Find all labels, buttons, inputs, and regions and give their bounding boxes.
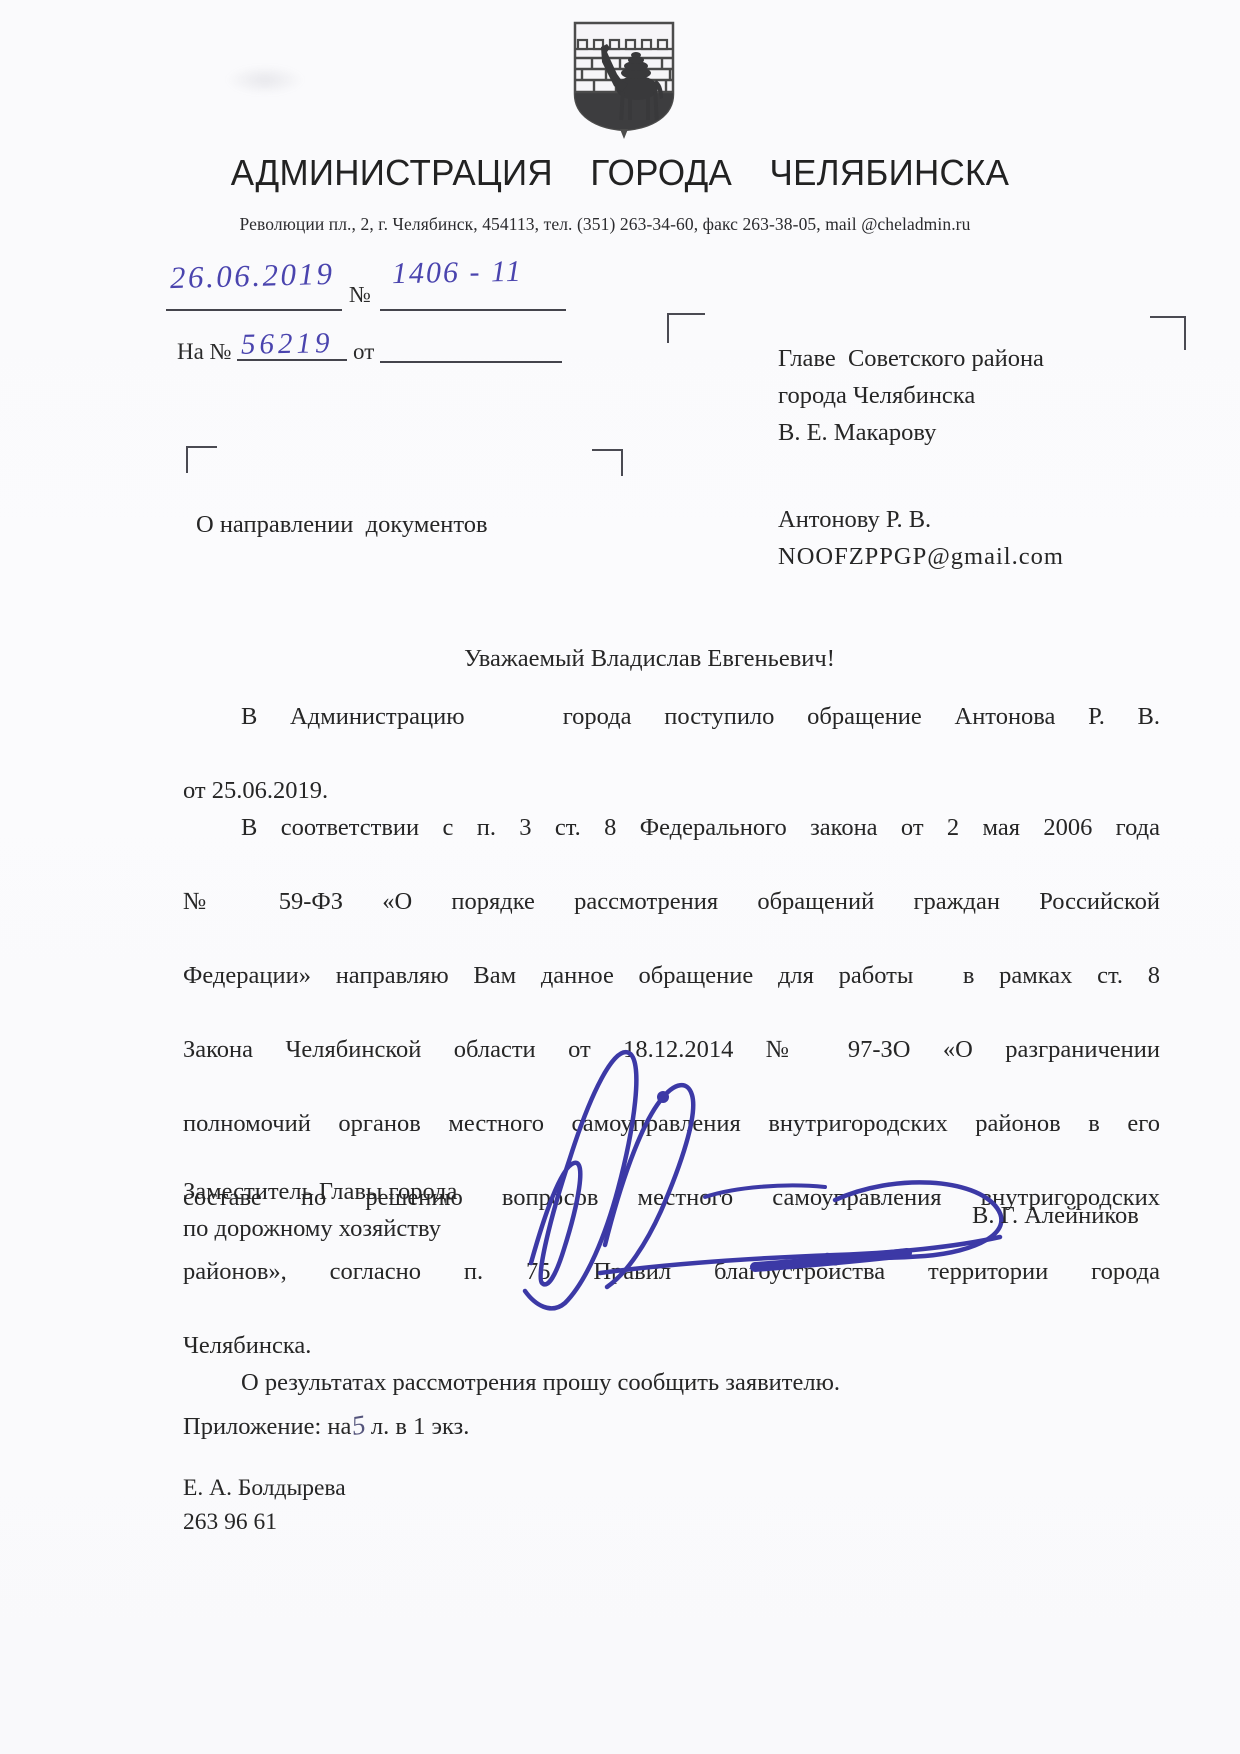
date-underline: [166, 309, 342, 311]
executor-name: Е. А. Болдырева: [183, 1471, 346, 1505]
addressee-name: Антонову Р. В.: [778, 501, 1064, 538]
pen-signature-icon: [455, 1015, 1025, 1315]
paragraph-3: О результатах рассмотрения прошу сообщит…: [183, 1364, 1160, 1401]
body-line: В Администрацию города поступило обращен…: [183, 698, 1160, 772]
corner-mark-subject-right: [592, 449, 623, 476]
recipient-line: города Челябинска: [778, 377, 1044, 414]
org-address-line: Революции пл., 2, г. Челябинск, 454113, …: [0, 214, 1210, 235]
reply-from-label: от: [353, 339, 374, 365]
signer-role-line: Заместитель Главы города: [183, 1173, 457, 1210]
coat-of-arms-svg: [570, 18, 678, 140]
executor-block: Е. А. Болдырева 263 96 61: [183, 1471, 346, 1539]
reply-number-underline: [237, 359, 347, 361]
recipient-line: Главе Советского района: [778, 340, 1044, 377]
signer-name: В. Г. Алейников: [972, 1202, 1139, 1230]
coat-of-arms-icon: [570, 18, 678, 140]
corner-mark-recipient-left: [667, 313, 705, 343]
corner-mark-recipient-right: [1150, 316, 1186, 350]
paragraph-1: В Администрацию города поступило обращен…: [183, 698, 1160, 809]
number-underline: [380, 309, 566, 311]
attachment-sheet-count-handwritten: 5: [350, 1406, 369, 1445]
recipient-block: Главе Советского района города Челябинск…: [778, 340, 1044, 451]
attachment-suffix: л. в 1 экз.: [371, 1413, 469, 1440]
addressee-email: NOOFZPPGP@gmail.com: [778, 538, 1064, 575]
recipient-line: В. Е. Макарову: [778, 414, 1044, 451]
salutation-line: Уважаемый Владислав Евгеньевич!: [183, 640, 1160, 677]
outgoing-date-handwritten: 26.06.2019: [170, 256, 335, 296]
body-line: Челябинска.: [183, 1327, 1160, 1364]
signer-role-line: по дорожному хозяйству: [183, 1210, 457, 1247]
body-line: В соответствии с п. 3 ст. 8 Федерального…: [183, 809, 1160, 883]
attachment-line: Приложение: на5л. в 1 экз.: [183, 1407, 1160, 1445]
second-addressee-block: Антонову Р. В. NOOFZPPGP@gmail.com: [778, 501, 1064, 575]
org-name-title: АДМИНИСТРАЦИЯ ГОРОДА ЧЕЛЯБИНСКА: [26, 152, 1213, 194]
attachment-prefix: Приложение: на: [183, 1413, 351, 1440]
reply-date-underline: [380, 361, 562, 363]
outgoing-number-handwritten: 1406 - 11: [392, 255, 523, 291]
scan-smudge: [225, 65, 305, 95]
scanned-letter-page: { "letterhead": { "emblem": "chelyabinsk…: [0, 0, 1240, 1754]
executor-phone: 263 96 61: [183, 1505, 346, 1539]
body-line: от 25.06.2019.: [183, 772, 1160, 809]
reply-number-prefix-label: На №: [177, 339, 232, 365]
outgoing-number-label: №: [349, 282, 371, 308]
corner-mark-subject-left: [186, 446, 217, 473]
shield-tip: [620, 129, 628, 139]
signer-role-block: Заместитель Главы города по дорожному хо…: [183, 1173, 457, 1247]
subject-line: О направлении документов: [196, 506, 488, 543]
reply-number-handwritten: 56219: [241, 327, 334, 362]
body-line: № 59-ФЗ «О порядке рассмотрения обращени…: [183, 883, 1160, 957]
